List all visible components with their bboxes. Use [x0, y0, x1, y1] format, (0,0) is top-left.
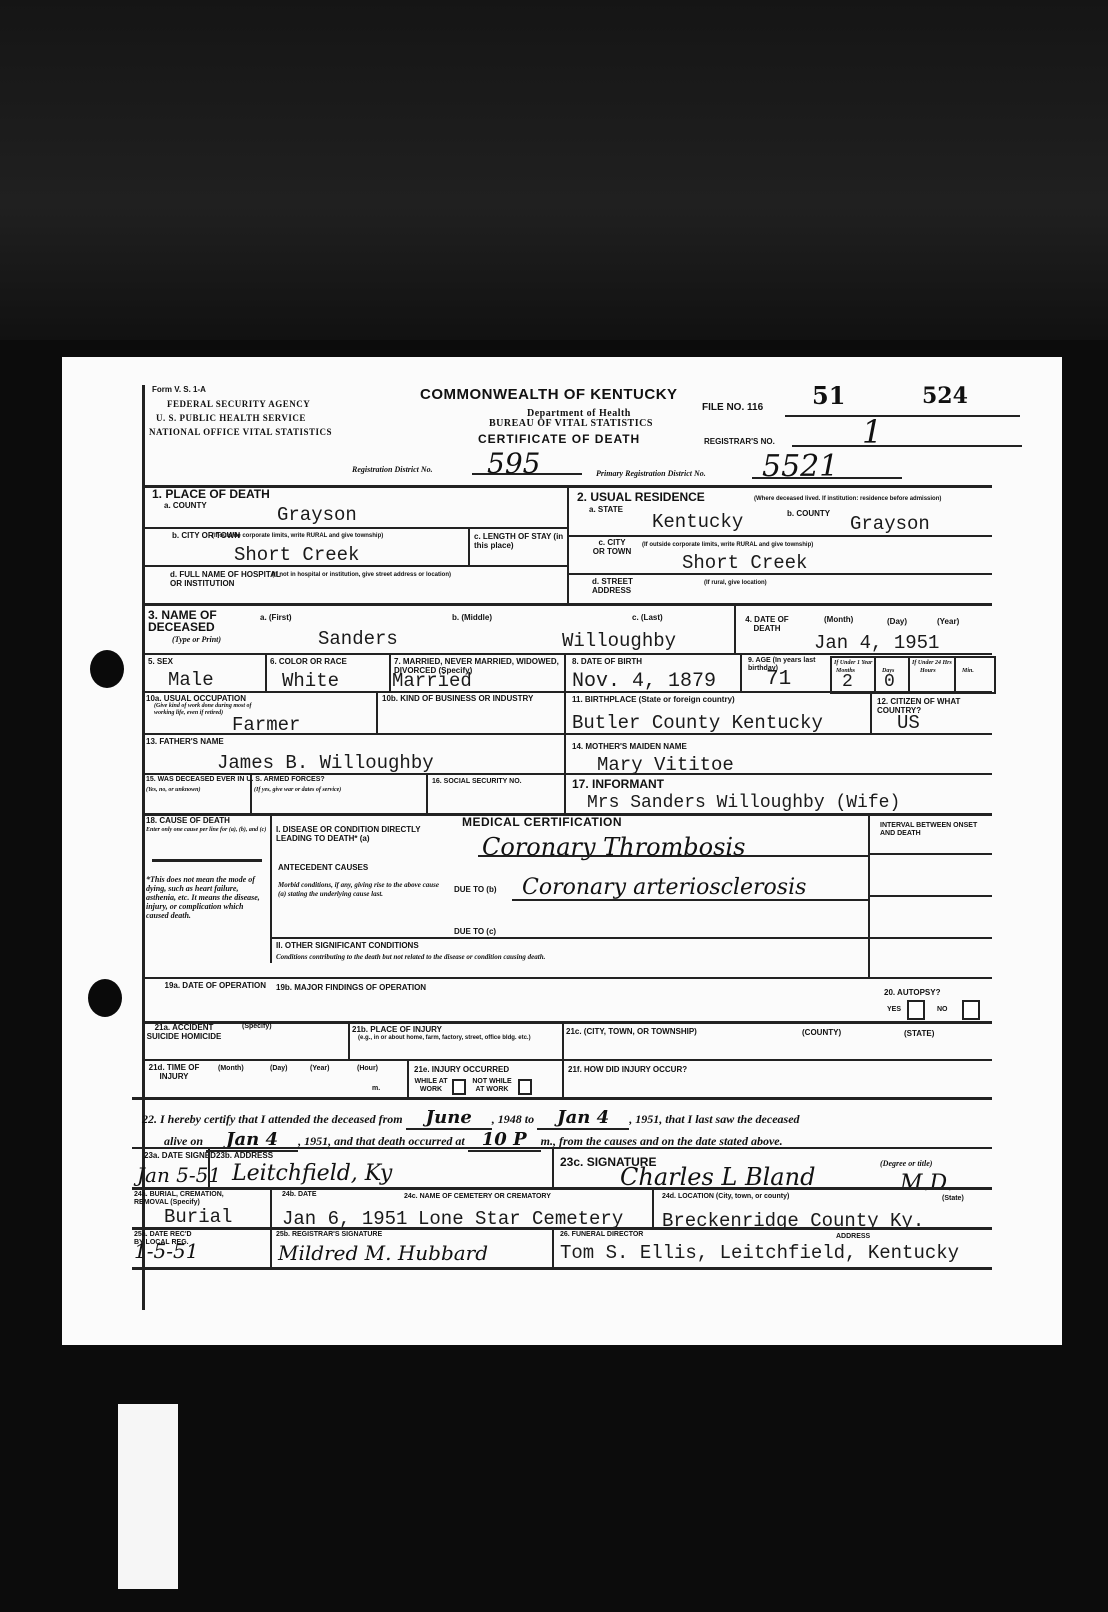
- burial-date-value: Jan 6, 1951: [282, 1209, 407, 1229]
- accident-specify: (Specify): [242, 1023, 272, 1031]
- while-at-work-label: WHILE AT WORK: [412, 1078, 450, 1094]
- informant-label: 17. INFORMANT: [572, 779, 664, 789]
- injury-state-label: (STATE): [904, 1029, 934, 1038]
- how-injury-occurred-label: 21f. HOW DID INJURY OCCUR?: [568, 1065, 687, 1074]
- occupation-label: 10a. USUAL OCCUPATION: [146, 694, 246, 703]
- place-of-injury-note: (e.g., in or about home, farm, factory, …: [358, 1035, 558, 1042]
- registration-district-label: Registration District No.: [352, 465, 433, 474]
- place-of-injury-label: 21b. PLACE OF INJURY: [352, 1025, 442, 1034]
- time-of-injury-label: 21d. TIME OF INJURY: [144, 1063, 204, 1081]
- last-name-label: c. (Last): [632, 613, 663, 622]
- cemetery-value: Lone Star Cemetery: [418, 1209, 623, 1229]
- disease-condition-label: I. DISEASE OR CONDITION DIRECTLY LEADING…: [276, 825, 456, 843]
- department: Department of Health: [527, 409, 631, 418]
- res-city-value: Short Creek: [682, 553, 807, 573]
- res-street-label: d. STREET ADDRESS: [592, 577, 652, 595]
- attended-to: Jan 4: [537, 1107, 629, 1130]
- certificate-form: Form V. S. 1-A FEDERAL SECURITY AGENCY U…: [142, 385, 1022, 1330]
- res-city-note: (If outside corporate limits, write RURA…: [642, 541, 813, 549]
- operation-findings-label: 19b. MAJOR FINDINGS OF OPERATION: [276, 983, 426, 992]
- autopsy-yes-checkbox[interactable]: [907, 1000, 925, 1020]
- sex-value: Male: [168, 670, 214, 690]
- registrars-no-value: 1: [862, 413, 882, 451]
- injury-city-label: 21c. (CITY, TOWN, OR TOWNSHIP): [566, 1027, 697, 1036]
- first-name-value: Sanders: [318, 629, 398, 649]
- dod-day-col: (Day): [887, 617, 907, 626]
- autopsy-no-label: NO: [937, 1006, 948, 1014]
- autopsy-no-checkbox[interactable]: [962, 1000, 980, 1020]
- antecedent-note: Morbid conditions, if any, giving rise t…: [278, 881, 448, 899]
- punch-hole: [88, 979, 122, 1017]
- address-label: 23b. ADDRESS: [216, 1151, 273, 1160]
- certificate-type: CERTIFICATE OF DEATH: [478, 434, 640, 444]
- bureau: BUREAU OF VITAL STATISTICS: [489, 419, 653, 428]
- while-at-work-checkbox[interactable]: [452, 1079, 466, 1095]
- not-while-at-work-label: NOT WHILE AT WORK: [468, 1078, 516, 1094]
- dob-label: 8. DATE OF BIRTH: [572, 657, 642, 666]
- degree-label: (Degree or title): [880, 1159, 932, 1168]
- usual-residence-label: 2. USUAL RESIDENCE: [577, 492, 705, 502]
- birthplace-label: 11. BIRTHPLACE (State or foreign country…: [572, 695, 735, 704]
- burial-state-label: (State): [942, 1195, 964, 1203]
- res-county-label: b. COUNTY: [787, 509, 830, 518]
- pod-county-value: Grayson: [277, 505, 357, 525]
- mother-name-value: Mary Vititoe: [597, 755, 734, 775]
- father-name-label: 13. FATHER'S NAME: [146, 737, 224, 746]
- injury-day-col: (Day): [270, 1065, 288, 1073]
- cause-footnote: *This does not mean the mode of dying, s…: [146, 875, 268, 920]
- residence-note: (Where deceased lived. If institution: r…: [754, 495, 941, 503]
- agency-line-3: NATIONAL OFFICE VITAL STATISTICS: [149, 427, 332, 437]
- father-name-value: James B. Willoughby: [217, 753, 434, 773]
- marital-status-value: Married: [392, 671, 472, 691]
- registrar-signature: Mildred M. Hubbard: [278, 1241, 488, 1265]
- funeral-director-label: 26. FUNERAL DIRECTOR: [560, 1231, 643, 1239]
- age-min-col: Min.: [962, 667, 974, 675]
- age-under-24-hrs: If Under 24 Hrs: [912, 659, 952, 667]
- burial-location-label: 24d. LOCATION (City, town, or county): [662, 1193, 789, 1201]
- injury-meridian: m.: [372, 1085, 380, 1093]
- age-hours-col: Hours: [920, 667, 936, 675]
- birthplace-value: Butler County Kentucky: [572, 713, 823, 733]
- agency-line-2: U. S. PUBLIC HEALTH SERVICE: [156, 413, 306, 423]
- registrar-signature-label: 25b. REGISTRAR'S SIGNATURE: [276, 1231, 382, 1239]
- operation-date-label: 19a. DATE OF OPERATION: [146, 981, 266, 990]
- autopsy-label: 20. AUTOPSY?: [884, 988, 940, 997]
- type-or-print-note: (Type or Print): [172, 635, 221, 644]
- race-value: White: [282, 671, 339, 691]
- interval-label: INTERVAL BETWEEN ONSET AND DEATH: [880, 822, 990, 838]
- antecedent-causes-label: ANTECEDENT CAUSES: [278, 863, 368, 872]
- registrars-no-label: REGISTRAR'S NO.: [704, 437, 775, 446]
- citizenship-label: 12. CITIZEN OF WHAT COUNTRY?: [877, 697, 987, 715]
- medical-certification-title: MEDICAL CERTIFICATION: [462, 817, 622, 827]
- cause-of-death-label: 18. CAUSE OF DEATH: [146, 816, 230, 825]
- ssn-label: 16. SOCIAL SECURITY NO.: [432, 778, 560, 786]
- accident-type-label: 21a. ACCIDENT SUICIDE HOMICIDE: [144, 1023, 224, 1041]
- address-value: Leitchfield, Ky: [232, 1161, 392, 1186]
- due-to-b-label: DUE TO (b): [454, 885, 497, 894]
- cause-note: Enter only one cause per line for (a), (…: [146, 827, 268, 834]
- dob-value: Nov. 4, 1879: [572, 672, 716, 692]
- dod-year-col: (Year): [937, 617, 959, 626]
- injury-occurred-label: 21e. INJURY OCCURRED: [414, 1065, 509, 1074]
- date-signed-label: 23a. DATE SIGNED: [144, 1151, 216, 1160]
- autopsy-yes-label: YES: [887, 1006, 901, 1014]
- age-months-value: 2: [842, 672, 853, 692]
- res-state-value: Kentucky: [652, 512, 743, 532]
- mother-name-label: 14. MOTHER'S MAIDEN NAME: [572, 742, 687, 751]
- funeral-address-label: ADDRESS: [836, 1233, 870, 1241]
- other-conditions-note: Conditions contributing to the death but…: [276, 953, 556, 962]
- form-number: Form V. S. 1-A: [152, 385, 206, 394]
- injury-hour-col: (Hour): [357, 1065, 378, 1073]
- scan-tab-marker: [118, 1404, 178, 1589]
- other-conditions-label: II. OTHER SIGNIFICANT CONDITIONS: [276, 941, 419, 950]
- pod-city-value: Short Creek: [234, 545, 359, 565]
- age-under-1-year: If Under 1 Year: [834, 659, 872, 667]
- date-of-death-value: Jan 4, 1951: [814, 633, 939, 653]
- res-city-label: c. CITY OR TOWN: [592, 538, 632, 556]
- cause-b-value: Coronary arteriosclerosis: [522, 875, 806, 900]
- pod-length-of-stay-label: c. LENGTH OF STAY (in this place): [474, 532, 566, 550]
- registration-district-value: 595: [487, 447, 540, 480]
- res-state-label: a. STATE: [589, 505, 623, 514]
- injury-month-col: (Month): [218, 1065, 244, 1073]
- punch-hole: [90, 650, 124, 688]
- middle-name-label: b. (Middle): [452, 613, 492, 622]
- first-name-label: a. (First): [260, 613, 292, 622]
- informant-value: Mrs Sanders Willoughby (Wife): [587, 793, 900, 813]
- race-label: 6. COLOR OR RACE: [270, 657, 347, 666]
- file-no-value-2: 524: [922, 383, 968, 409]
- armed-forces-note-2: (If yes, give war or dates of service): [254, 786, 341, 794]
- due-to-c-label: DUE TO (c): [454, 927, 496, 936]
- document-title: COMMONWEALTH OF KENTUCKY: [420, 387, 678, 403]
- armed-forces-note-1: (Yes, no, or unknown): [146, 786, 201, 794]
- pod-county-label: a. COUNTY: [164, 501, 207, 510]
- date-of-death-label: 4. DATE OF DEATH: [742, 615, 792, 633]
- pod-hospital-note: (If not in hospital or institution, give…: [272, 571, 451, 579]
- primary-district-label: Primary Registration District No.: [596, 469, 706, 478]
- injury-year-col: (Year): [310, 1065, 329, 1073]
- funeral-director-value: Tom S. Ellis, Leitchfield, Kentucky: [560, 1243, 959, 1263]
- res-county-value: Grayson: [850, 514, 930, 534]
- primary-district-value: 5521: [762, 449, 838, 484]
- burial-type-value: Burial: [164, 1207, 232, 1227]
- res-street-note: (If rural, give location): [704, 579, 767, 587]
- scan-background-top: [0, 0, 1108, 340]
- business-label: 10b. KIND OF BUSINESS OR INDUSTRY: [382, 694, 562, 703]
- age-value: 71: [766, 670, 791, 690]
- certify-line-1: 22. I hereby certify that I attended the…: [142, 1107, 800, 1128]
- deceased-name-label: 3. NAME OF DECEASED: [148, 609, 248, 633]
- burial-date-label: 24b. DATE: [282, 1191, 317, 1199]
- age-days-value: 0: [884, 672, 895, 692]
- citizenship-value: US: [897, 713, 920, 733]
- place-of-death-label: 1. PLACE OF DEATH: [152, 489, 270, 499]
- last-name-value: Willoughby: [562, 631, 676, 651]
- dod-month-col: (Month): [824, 615, 853, 624]
- sex-label: 5. SEX: [148, 657, 173, 666]
- occupation-value: Farmer: [232, 715, 300, 735]
- file-no-value-1: 51: [812, 381, 845, 410]
- attended-from: June: [406, 1107, 492, 1130]
- file-no-label: FILE NO. 116: [702, 403, 763, 413]
- injury-county-label: (COUNTY): [802, 1028, 841, 1037]
- pod-city-note: (If outside corporate limits, write RURA…: [212, 532, 383, 540]
- armed-forces-label: 15. WAS DECEASED EVER IN U. S. ARMED FOR…: [146, 776, 396, 784]
- burial-type-label: 24a. BURIAL, CREMATION, REMOVAL (Specify…: [134, 1191, 254, 1207]
- received-value: 1-5-51: [134, 1239, 198, 1263]
- not-while-at-work-checkbox[interactable]: [518, 1079, 532, 1095]
- cemetery-label: 24c. NAME OF CEMETERY OR CREMATORY: [404, 1193, 551, 1201]
- physician-degree: M.D.: [900, 1171, 953, 1196]
- agency-line-1: FEDERAL SECURITY AGENCY: [167, 399, 310, 409]
